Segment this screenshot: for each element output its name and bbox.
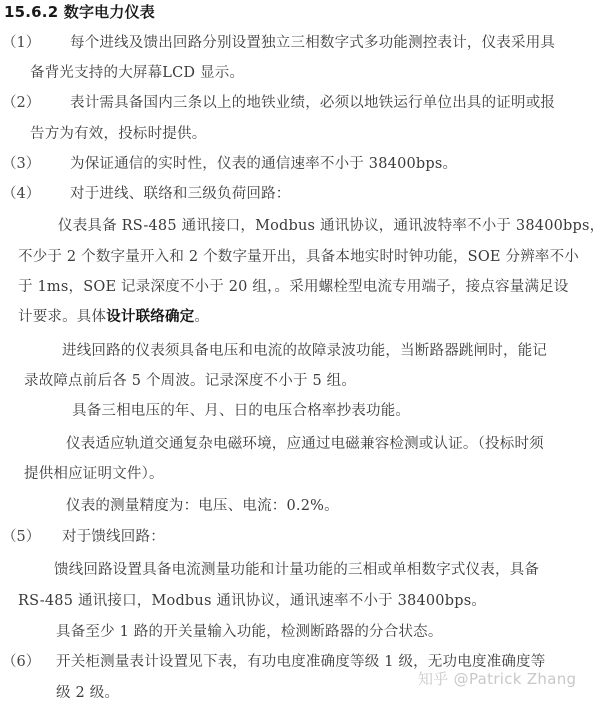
section-title: 15.6.2 数字电力仪表 (4, 2, 155, 22)
item-2-line-2: 告方为有效，投标时提供。 (30, 124, 206, 144)
bold-text: 设计联络确定 (106, 308, 194, 325)
item-4-para-1-line-3: 于 1ms，SOE 记录深度不小于 20 组，。采用螺栓型电流专用端子，接点容量… (18, 277, 569, 297)
item-5-para-2: 具备至少 1 路的开关量输入功能，检测断路器的分合状态。 (56, 622, 443, 642)
item-4-para-4-line-2: 提供相应证明文件）。 (24, 464, 164, 484)
item-4-para-2-line-1: 进线回路的仪表须具备电压和电流的故障录波功能，当断路器跳闸时，能记 (62, 341, 547, 361)
item-number-3: （3） (2, 154, 40, 174)
item-4-para-5: 仪表的测量精度为：电压、电流：0.2%。 (66, 496, 339, 516)
item-4-para-3: 具备三相电压的年、月、日的电压合格率抄表功能。 (72, 401, 410, 421)
item-5-line-1: 对于馈线回路： (62, 527, 165, 547)
item-4-para-1-line-1: 仪表具备 RS-485 通讯接口，Modbus 通讯协议，通讯波特率不小于 38… (58, 216, 604, 236)
para-text: 。 (194, 309, 209, 325)
item-1-line-1: 每个进线及馈出回路分别设置独立三相数字式多功能测控表计，仪表采用具 (70, 33, 555, 53)
item-2-line-1: 表计需具备国内三条以上的地铁业绩，必须以地铁运行单位出具的证明或报 (70, 93, 555, 113)
item-number-5: （5） (2, 527, 40, 547)
item-4-para-4-line-1: 仪表适应轨道交通复杂电磁环境，应通过电磁兼容检测或认证。（投标时须 (66, 434, 544, 454)
item-5-para-1-line-2: RS-485 通讯接口，Modbus 通讯协议，通讯速率不小于 38400bps… (18, 591, 486, 611)
item-number-2: （2） (2, 93, 40, 113)
item-1-line-2: 备背光支持的大屏幕LCD 显示。 (30, 63, 244, 83)
item-number-1: （1） (2, 33, 40, 53)
item-4-para-1-line-2: 不少于 2 个数字量开入和 2 个数字量开出，具备本地实时时钟功能，SOE 分辨… (18, 247, 579, 267)
item-number-4: （4） (2, 184, 40, 204)
item-4-para-1-line-4: 计要求。具体设计联络确定。 (18, 307, 209, 327)
item-4-line-1: 对于进线、联络和三级负荷回路： (70, 184, 291, 204)
item-number-6: （6） (2, 652, 40, 672)
item-4-para-2-line-2: 录故障点前后各 5 个周波。记录深度不小于 5 组。 (24, 371, 356, 391)
para-text: 计要求。具体 (18, 309, 106, 325)
item-5-para-1-line-1: 馈线回路设置具备电流测量功能和计量功能的三相或单相数字式仪表，具备 (54, 560, 539, 580)
item-6-line-2: 级 2 级。 (56, 683, 119, 703)
zhihu-watermark: 知乎 @Patrick Zhang (418, 668, 576, 689)
item-3-line-1: 为保证通信的实时性，仪表的通信速率不小于 38400bps。 (70, 154, 457, 174)
